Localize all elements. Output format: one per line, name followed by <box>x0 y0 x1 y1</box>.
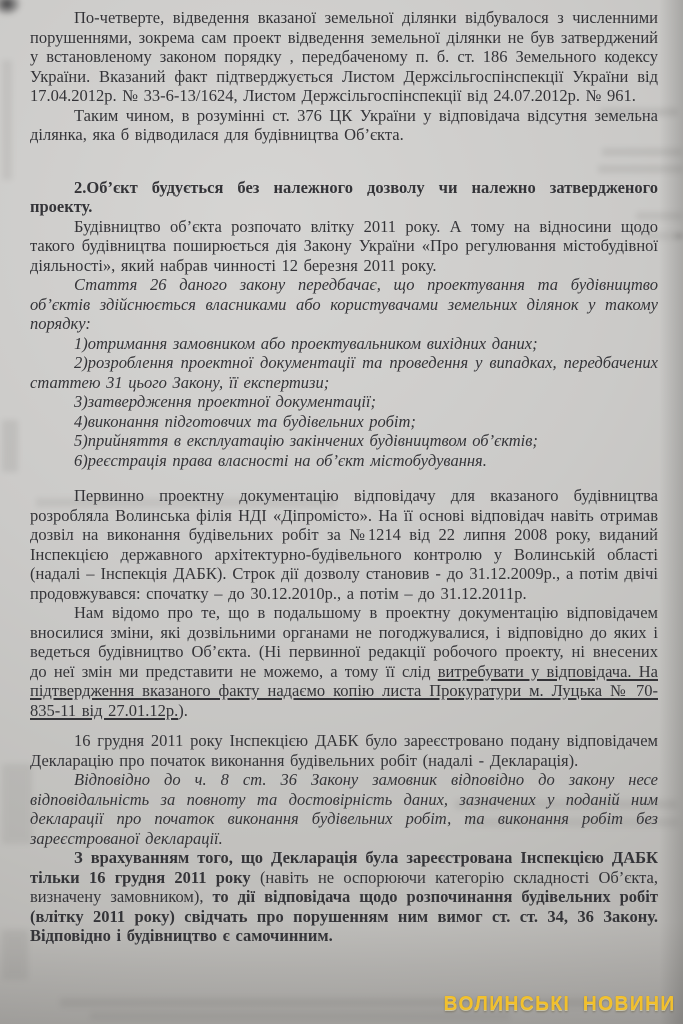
paragraph-text: Первинно проектну документацію відповіда… <box>30 486 658 603</box>
list-item-6: 6)реєстрація права власності на об’єкт м… <box>30 451 658 471</box>
list-item-text: 3)затвердження проектної документації; <box>74 392 376 411</box>
paragraph-text: Стаття 26 даного закону передбачає, що п… <box>30 275 658 333</box>
list-item-text: 2)розроблення проектної документації та … <box>30 353 658 392</box>
paragraph-law-part8-article36: Відповідно до ч. 8 ст. 36 Закону замовни… <box>30 770 658 848</box>
paragraph-text: 16 грудня 2011 року Інспекцією ДАБК було… <box>30 731 658 770</box>
paragraph-text: По-четверте, відведення вказаної земельн… <box>30 8 658 105</box>
document-text: По-четверте, відведення вказаної земельн… <box>0 0 683 1024</box>
volynski-novyny-watermark: ВОЛИНСЬКІ НОВИНИ <box>444 993 676 1016</box>
paragraph-text: Відповідно до ч. 8 ст. 36 Закону замовни… <box>30 770 658 848</box>
paragraph-text: Будівництво об’єкта розпочато влітку 201… <box>30 217 658 275</box>
list-item-text: 6)реєстрація права власності на об’єкт м… <box>74 451 487 470</box>
list-item-1: 1)отримання замовником або проектувальни… <box>30 334 658 354</box>
list-item-2: 2)розроблення проектної документації та … <box>30 353 658 392</box>
paragraph-article-26: Стаття 26 даного закону передбачає, що п… <box>30 275 658 334</box>
paragraph-fourthly: По-четверте, відведення вказаної земельн… <box>30 8 658 106</box>
list-item-3: 3)затвердження проектної документації; <box>30 392 658 412</box>
paragraph-changes-known: Нам відомо про те, що в подальшому в про… <box>30 603 658 720</box>
list-item-4: 4)виконання підготовчих та будівельних р… <box>30 412 658 432</box>
paragraph-project-documentation: Первинно проектну документацію відповіда… <box>30 486 658 603</box>
document-photo: По-четверте, відведення вказаної земельн… <box>0 0 683 1024</box>
list-item-text: 1)отримання замовником або проектувальни… <box>74 334 538 353</box>
paragraph-text: Таким чином, в розумінні ст. 376 ЦК Укра… <box>30 106 658 145</box>
list-item-text: 4)виконання підготовчих та будівельних р… <box>74 412 416 431</box>
paragraph-declaration-registered: 16 грудня 2011 року Інспекцією ДАБК було… <box>30 731 658 770</box>
section-heading: 2.Об’єкт будується без належного дозволу… <box>30 178 658 217</box>
list-item-5: 5)прийняття в експлуатацію закінчених бу… <box>30 431 658 451</box>
heading-text: 2.Об’єкт будується без належного дозволу… <box>30 178 658 217</box>
paragraph-construction-start: Будівництво об’єкта розпочато влітку 201… <box>30 217 658 276</box>
paragraph-final-conclusion: З врахуванням того, що Декларація була з… <box>30 848 658 946</box>
paragraph-text: ). <box>178 701 188 720</box>
paragraph-conclusion-land: Таким чином, в розумінні ст. 376 ЦК Укра… <box>30 106 658 145</box>
list-item-text: 5)прийняття в експлуатацію закінчених бу… <box>74 431 538 450</box>
